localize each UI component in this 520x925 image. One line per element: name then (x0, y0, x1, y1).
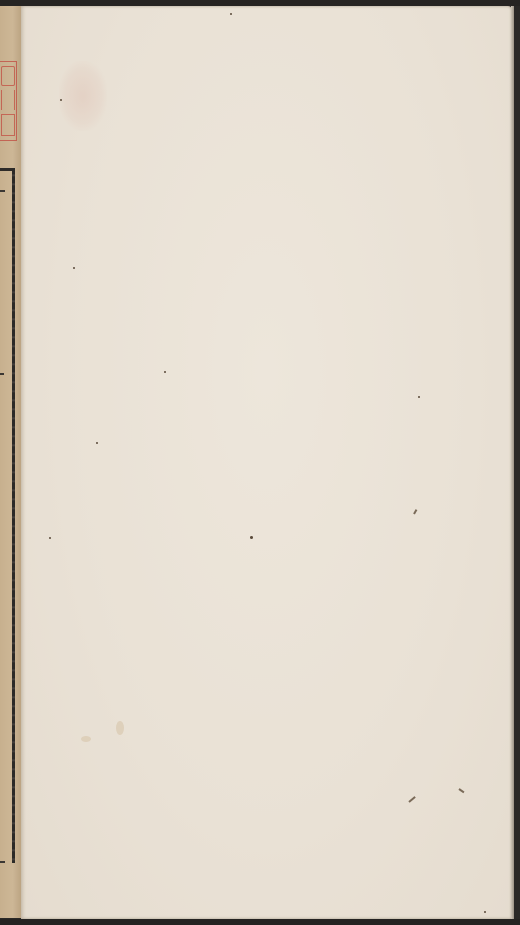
seal-glyph (1, 90, 15, 110)
paper-speck (49, 537, 51, 539)
paper-speck (484, 911, 486, 913)
seal-glyph (1, 66, 15, 86)
red-seal-stamp (0, 61, 17, 141)
frame-tick-mark (0, 190, 5, 192)
paper-speck (73, 267, 75, 269)
blank-main-page (21, 6, 512, 919)
paper-stain (116, 721, 124, 735)
seal-offset-ghost (59, 61, 107, 131)
facing-page-strip (0, 6, 21, 918)
paper-stain (81, 736, 91, 742)
paper-speck (164, 371, 166, 373)
page-frame-vertical-border (12, 168, 15, 863)
scanned-page-image (0, 0, 520, 925)
frame-tick-mark (0, 373, 4, 375)
paper-fiber-mark (458, 788, 464, 793)
paper-speck (230, 13, 232, 15)
page-right-edge (511, 6, 514, 919)
paper-speck (96, 442, 98, 444)
seal-glyph (1, 114, 15, 136)
paper-fiber-mark (408, 796, 415, 803)
frame-tick-mark (0, 861, 5, 863)
paper-speck (60, 99, 62, 101)
paper-fiber-mark (413, 509, 417, 514)
paper-speck (250, 536, 253, 539)
paper-speck (418, 396, 420, 398)
scan-bottom-edge (0, 919, 520, 925)
